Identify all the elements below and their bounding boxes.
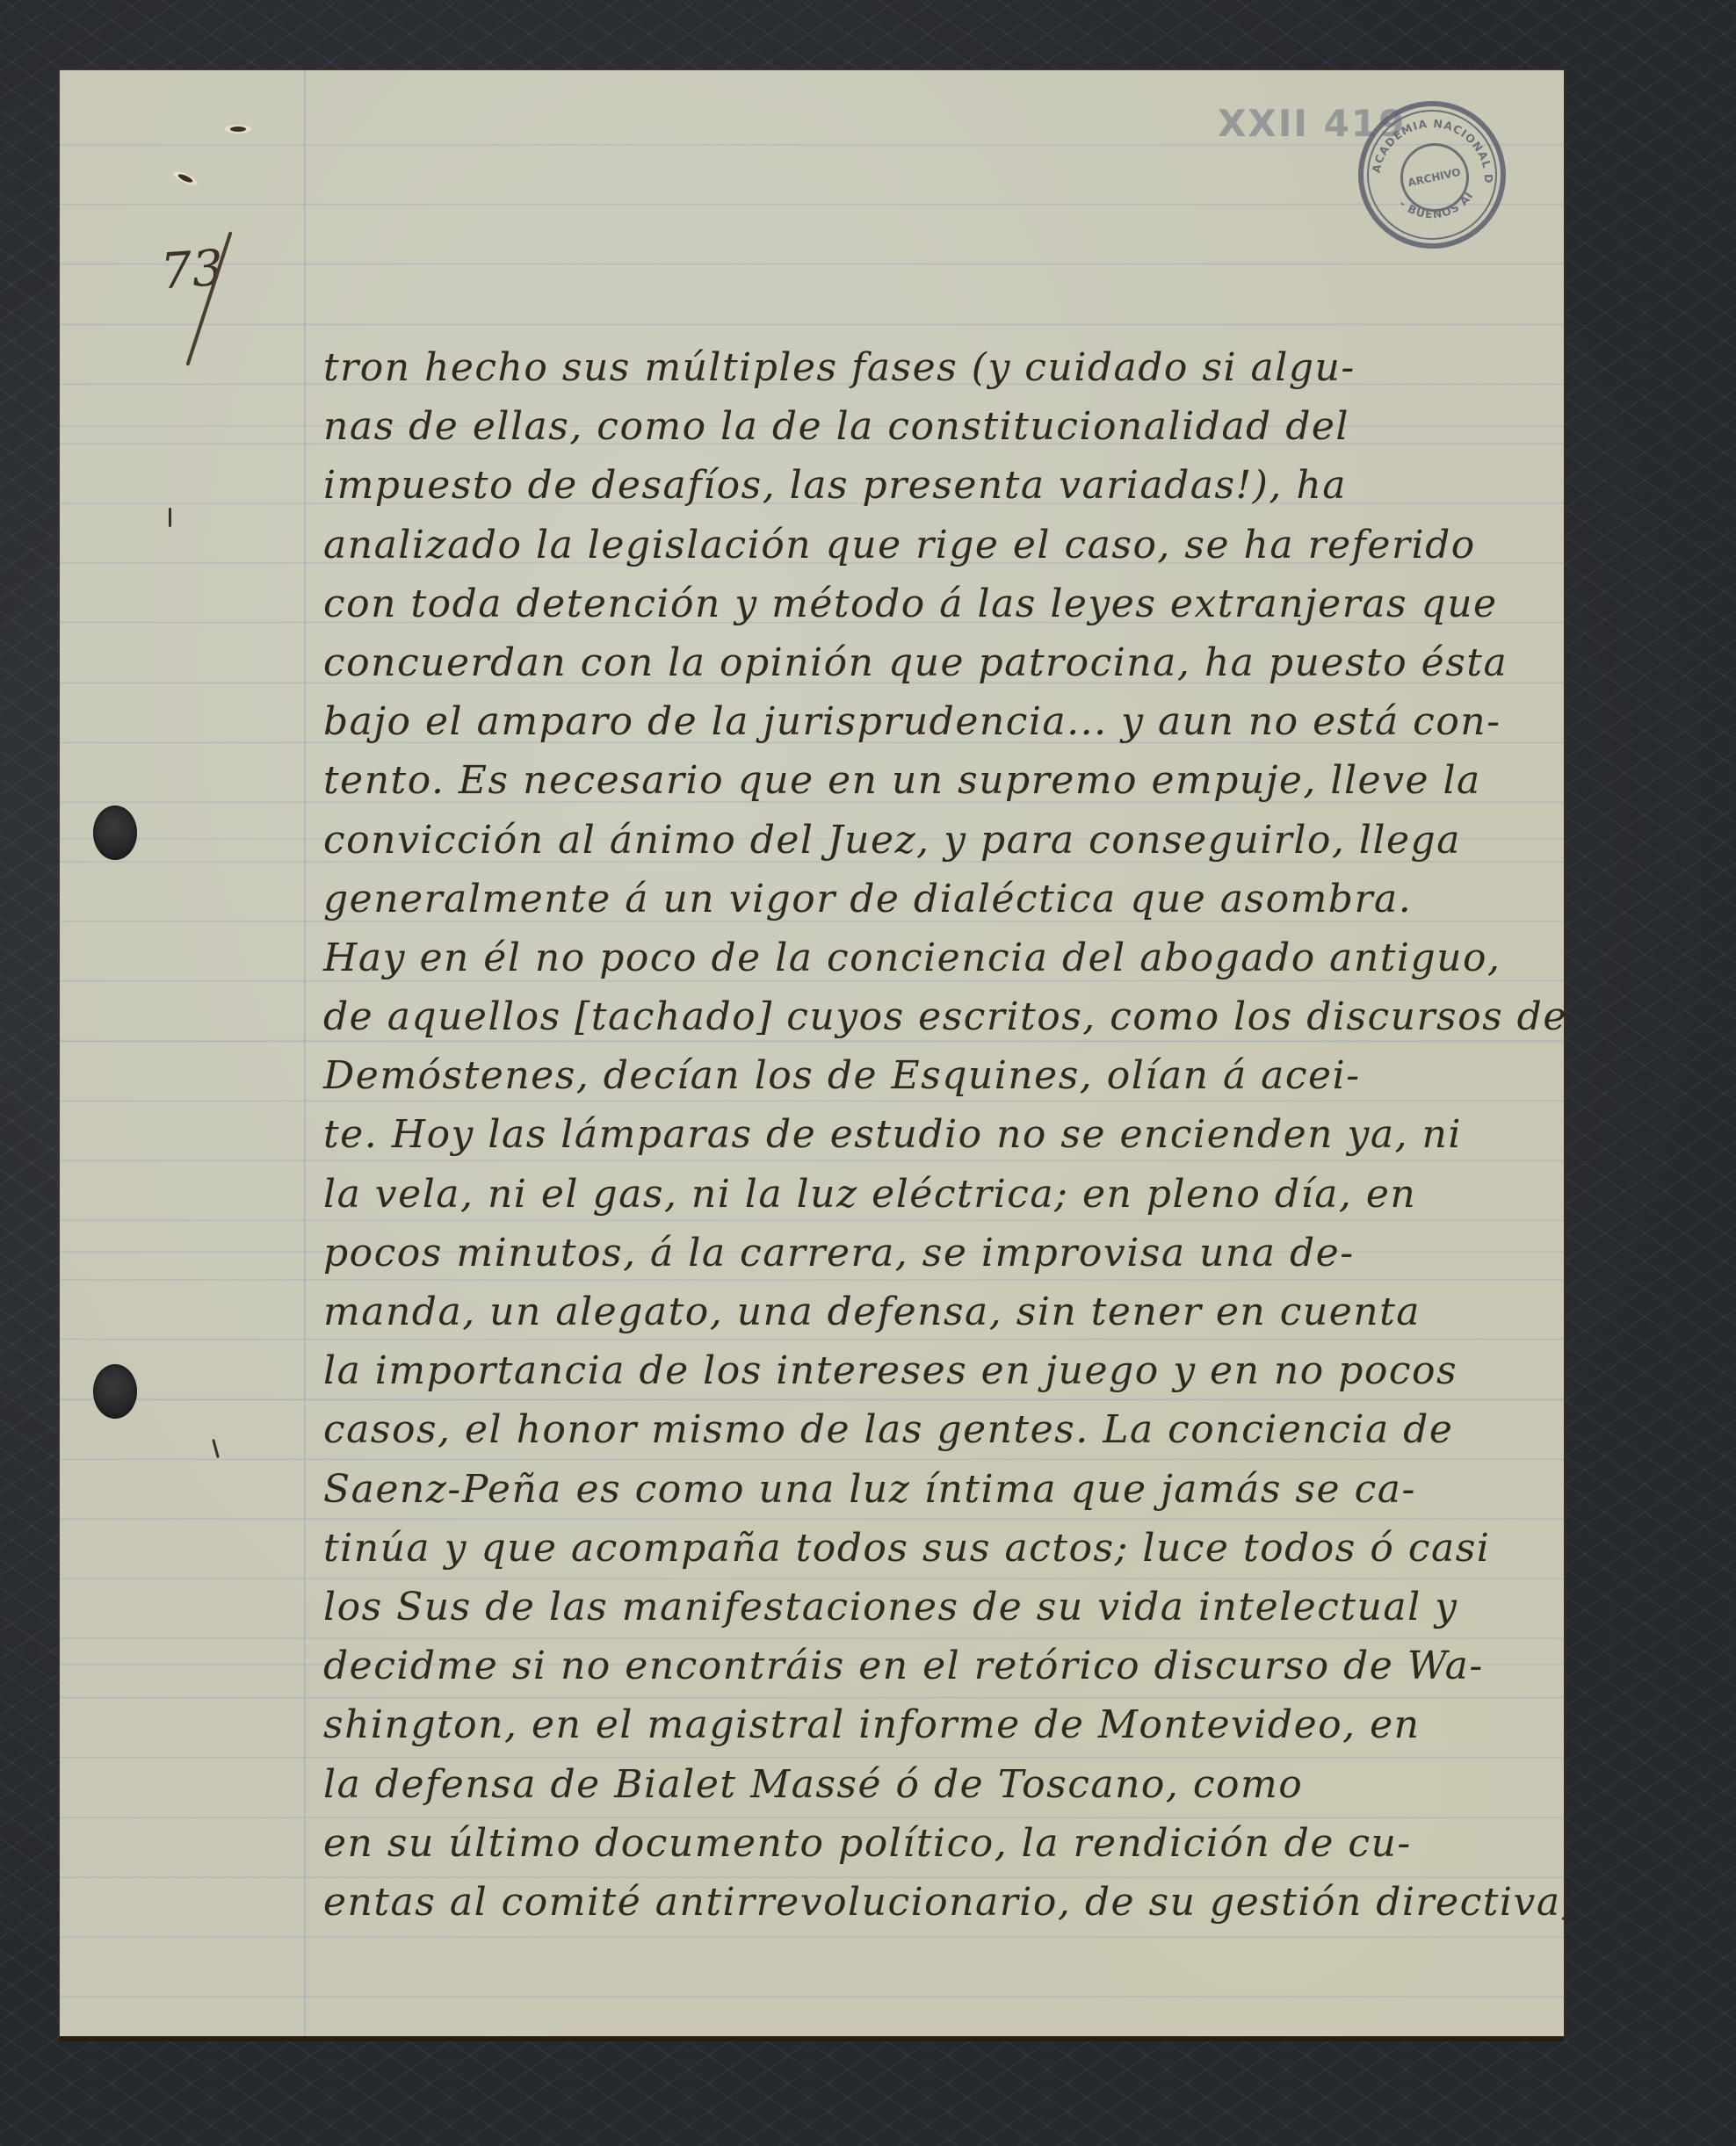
text-line: los Sus de las manifestaciones de su vid… [323,1578,1549,1637]
text-line: analizado la legislación que rige el cas… [323,516,1549,574]
text-line: tento. Es necesario que en un supremo em… [323,751,1549,810]
text-line: casos, el honor mismo de las gentes. La … [323,1400,1549,1459]
text-line: pocos minutos, á la carrera, se improvis… [323,1224,1549,1283]
text-line: convicción al ánimo del Juez, y para con… [323,811,1549,870]
text-line: bajo el amparo de la jurisprudencia... y… [323,692,1549,751]
punch-hole-icon [93,1364,137,1419]
manuscript-page: 73 XXII 419 ACADEMIA NACIONAL DE LA HIST… [60,70,1564,2036]
stamp-inner-ring: ARCHIVO [1400,143,1469,212]
text-line: la vela, ni el gas, ni la luz eléctrica;… [323,1165,1549,1224]
text-line: tron hecho sus múltiples fases (y cuidad… [323,338,1549,397]
text-line: impuesto de desafíos, las presenta varia… [323,456,1549,515]
margin-rule [304,70,306,2036]
margin-tick-mark [169,508,171,527]
text-line: de aquellos [tachado] cuyos escritos, co… [323,987,1549,1046]
text-line: concuerdan con la opinión que patrocina,… [323,633,1549,692]
text-line: te. Hoy las lámparas de estudio no se en… [323,1105,1549,1164]
text-line: Hay en él no poco de la conciencia del a… [323,928,1549,987]
text-line: tinúa y que acompaña todos sus actos; lu… [323,1519,1549,1578]
paper-tear-mark [225,125,251,134]
text-line: decidme si no encontráis en el retórico … [323,1637,1549,1695]
text-line: generalmente á un vigor de dialéctica qu… [323,870,1549,928]
text-line: Demóstenes, decían los de Esquines, olía… [323,1046,1549,1105]
text-line: Saenz-Peña es como una luz íntima que ja… [323,1460,1549,1519]
text-line: shington, en el magistral informe de Mon… [323,1695,1549,1754]
text-line: la importancia de los intereses en juego… [323,1341,1549,1400]
paper-tear-mark [171,169,199,188]
handwritten-body: tron hecho sus múltiples fases (y cuidad… [323,338,1549,1932]
folio-number: 73 [159,240,226,301]
text-line: en su último documento político, la rend… [323,1814,1549,1873]
punch-hole-icon [93,806,137,860]
archive-stamp-icon: ACADEMIA NACIONAL DE LA HISTORIA - BUENO… [1358,101,1506,249]
text-line: la defensa de Bialet Massé ó de Toscano,… [323,1755,1549,1814]
text-line: entas al comité antirrevolucionario, de … [323,1873,1549,1932]
text-line: con toda detención y método á las leyes … [323,574,1549,633]
text-line: nas de ellas, como la de la constitucion… [323,397,1549,456]
text-line: manda, un alegato, una defensa, sin tene… [323,1283,1549,1341]
stamp-center-text: ARCHIVO [1407,166,1463,189]
margin-tick-mark [212,1439,220,1458]
